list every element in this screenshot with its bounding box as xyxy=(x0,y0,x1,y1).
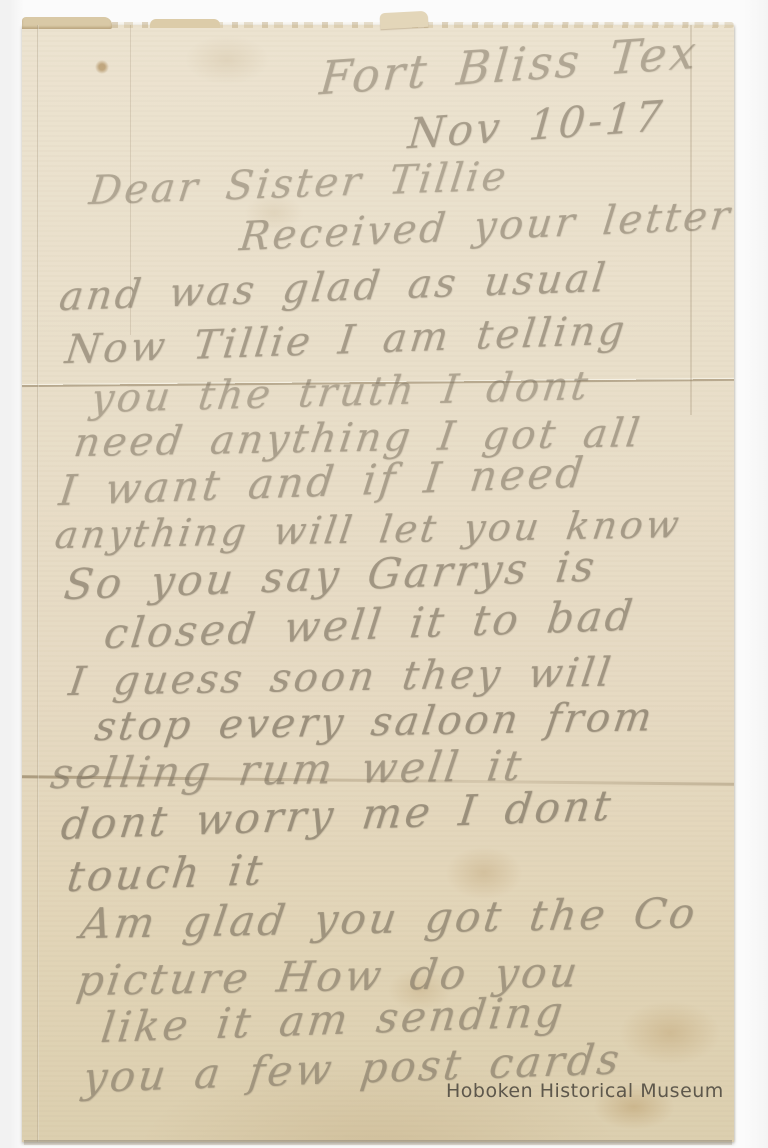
letter-line: touch it xyxy=(65,849,268,898)
watermark: Hoboken Historical Museum xyxy=(446,1080,724,1102)
letter-line: you the truth I dont xyxy=(89,366,593,419)
letter-date-line: Nov 10-17 xyxy=(406,95,666,155)
letter-line: and was glad as usual xyxy=(57,258,610,317)
letter-line: Now Tillie I am telling xyxy=(63,310,629,370)
torn-top-edge xyxy=(22,22,734,28)
torn-edge-fragment xyxy=(380,11,429,29)
torn-edge-fragment xyxy=(150,19,220,28)
letter-salutation: Dear Sister Tillie xyxy=(87,156,511,211)
letter-line: I guess soon they will xyxy=(66,653,615,703)
letter-place-line: Fort Bliss Tex xyxy=(318,29,701,102)
letter-paper: Fort Bliss Tex Nov 10-17 Dear Sister Til… xyxy=(22,25,734,1142)
letter-line: Am glad you got the Co xyxy=(78,892,700,945)
fold-crease-vertical xyxy=(37,25,39,1142)
paper-bottom-edge xyxy=(24,1140,732,1145)
scanned-letter-page: Fort Bliss Tex Nov 10-17 Dear Sister Til… xyxy=(0,0,768,1148)
letter-line: stop every saloon from xyxy=(92,697,657,747)
torn-edge-fragment xyxy=(22,17,112,29)
